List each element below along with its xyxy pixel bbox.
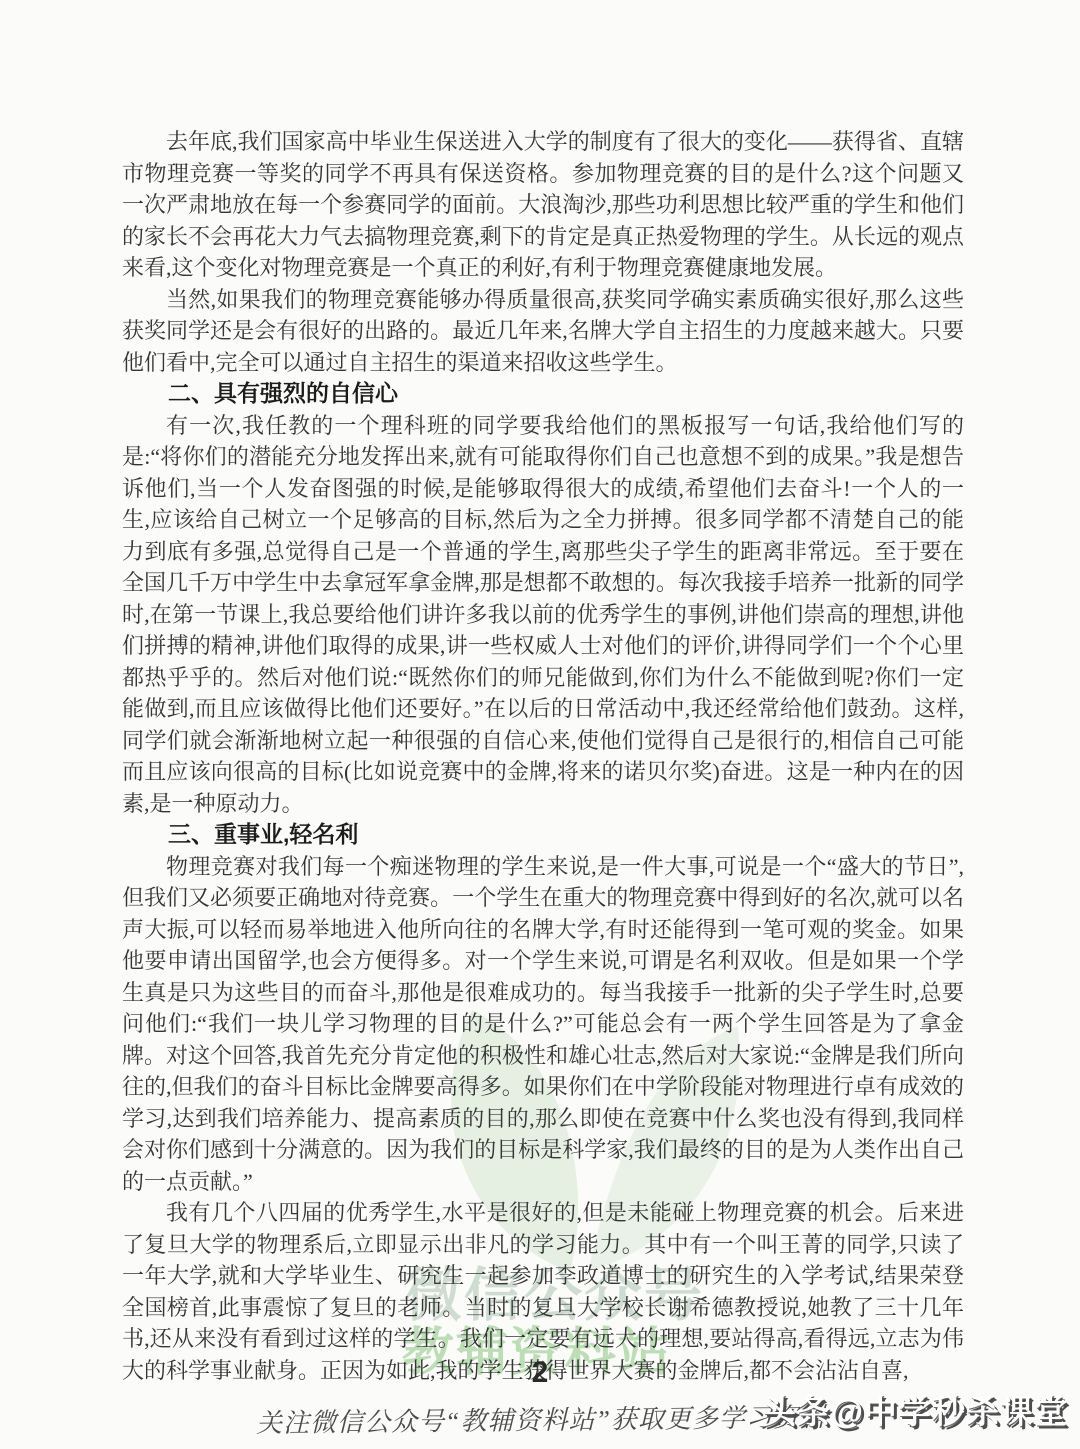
page-content: 去年底,我们国家高中毕业生保送进入大学的制度有了很大的变化——获得省、直辖市物理… <box>122 126 964 1386</box>
paragraph-3: 有一次,我任教的一个理科班的同学要我给他们的黑板报写一句话,我给他们写的是:“将… <box>122 410 964 820</box>
paragraph-2: 当然,如果我们的物理竞赛能够办得质量很高,获奖同学确实素质确实很好,那么这些获奖… <box>122 284 964 379</box>
document-page: 微信公众号 教辅资料站 去年底,我们国家高中毕业生保送进入大学的制度有了很大的变… <box>0 0 1080 1449</box>
paragraph-1: 去年底,我们国家高中毕业生保送进入大学的制度有了很大的变化——获得省、直辖市物理… <box>122 126 964 284</box>
paragraph-4: 物理竞赛对我们每一个痴迷物理的学生来说,是一件大事,可说是一个“盛大的节日”,但… <box>122 851 964 1198</box>
section-heading-3: 三、重事业,轻名利 <box>122 819 964 851</box>
footer-credit-watermark: 头条@中学秒杀课堂 <box>763 1386 1068 1433</box>
footer-promo-text: 关注微信公众号“教辅资料站”获取更多学习资料 <box>256 1397 827 1440</box>
section-heading-2: 二、具有强烈的自信心 <box>122 378 964 410</box>
page-number: 2 <box>0 1356 1080 1390</box>
